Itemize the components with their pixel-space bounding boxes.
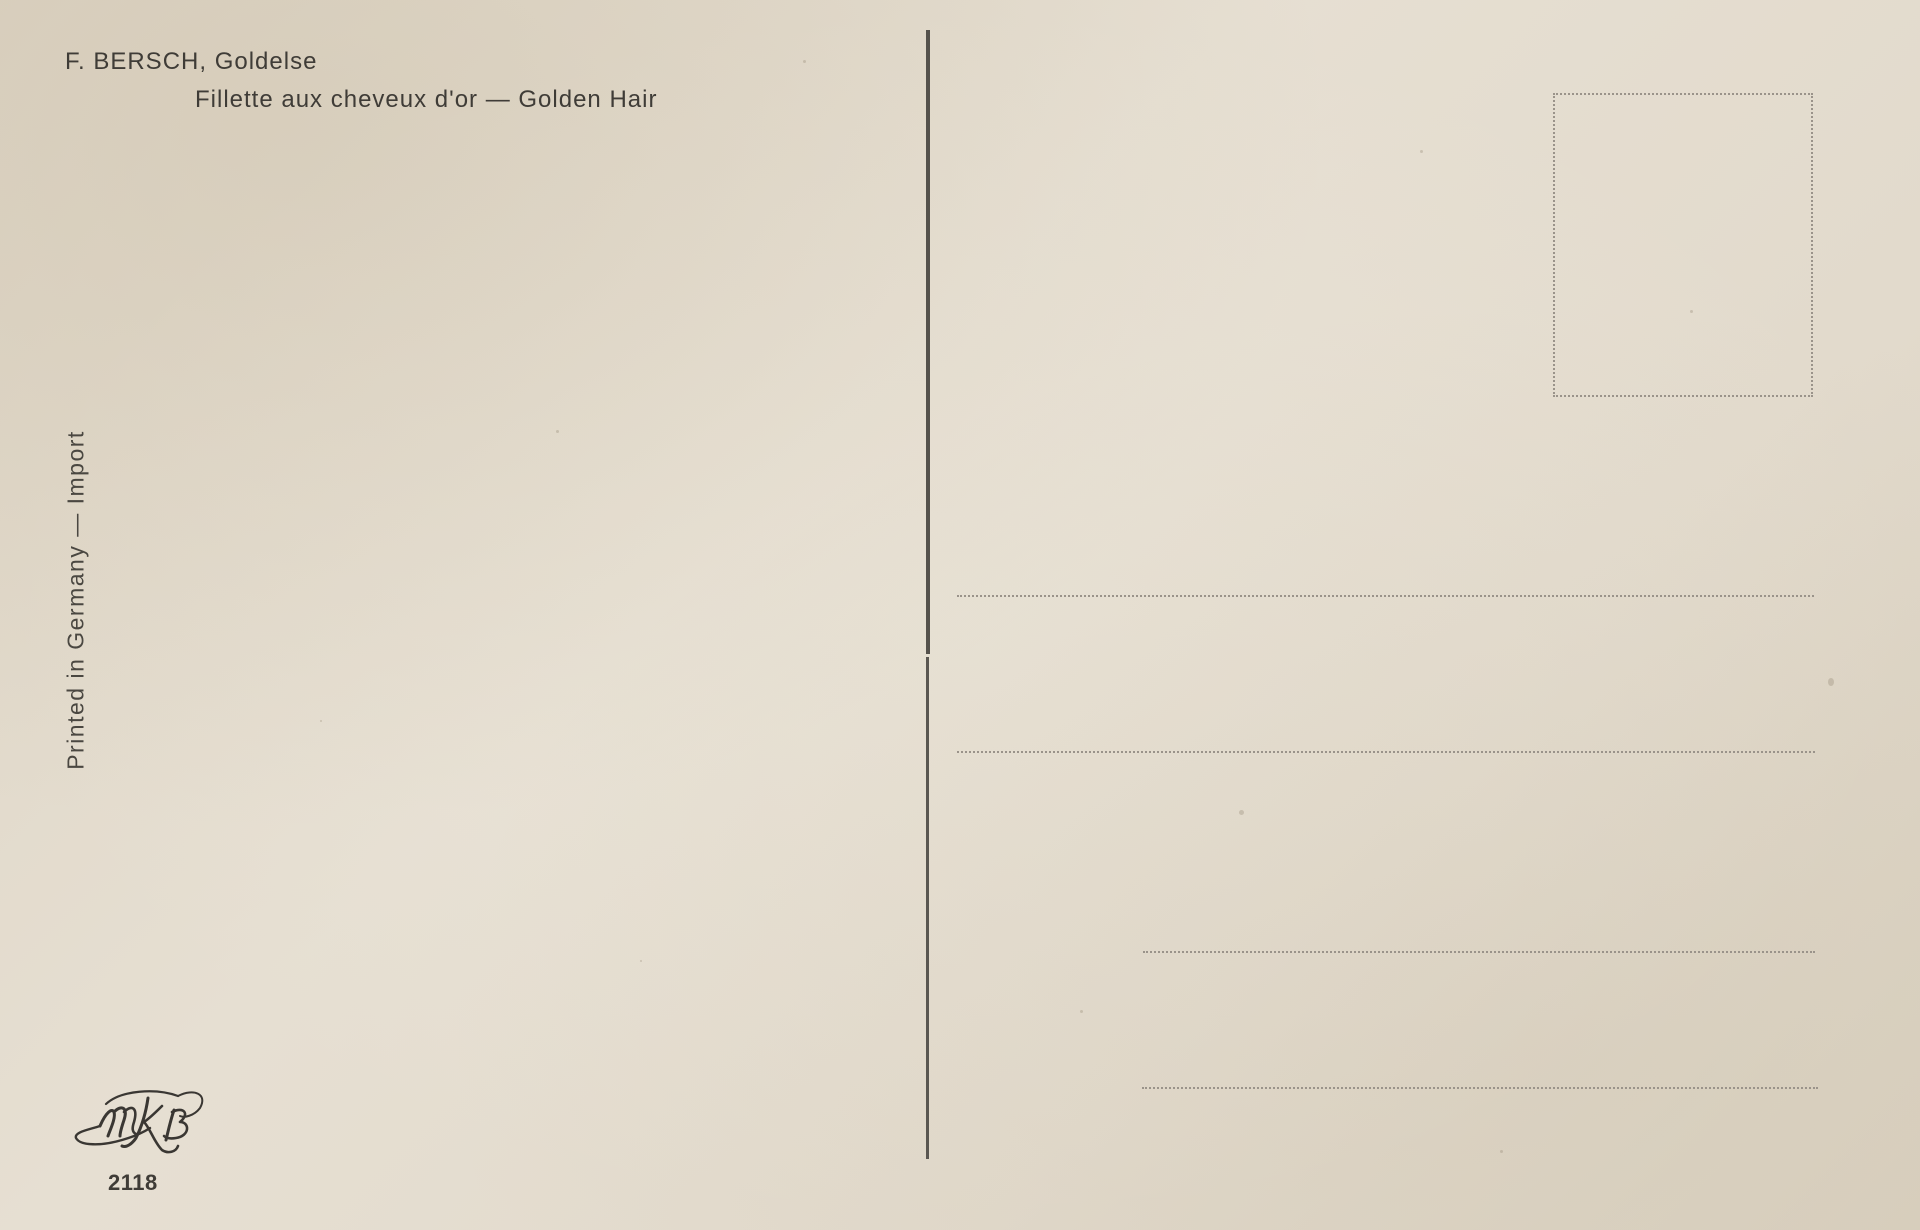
printed-in-germany-imprint: Printed in Germany — Import (63, 430, 90, 770)
center-divider-line (926, 30, 930, 654)
center-divider-line (926, 657, 929, 1159)
address-line-3 (1143, 951, 1815, 953)
address-line-4 (1142, 1087, 1818, 1089)
paper-speck (1080, 1010, 1083, 1013)
paper-speck (640, 960, 642, 962)
paper-speck (1828, 678, 1834, 686)
artwork-artist-title: F. BERSCH, Goldelse (65, 48, 317, 76)
card-number: 2118 (108, 1170, 158, 1196)
mkb-monogram-icon (66, 1082, 212, 1160)
paper-speck (803, 60, 806, 63)
paper-speck (320, 720, 322, 722)
paper-speck (1420, 150, 1423, 153)
stamp-placement-box (1553, 93, 1813, 397)
address-line-2 (957, 751, 1815, 753)
postcard-back: F. BERSCH, Goldelse Fillette aux cheveux… (0, 0, 1920, 1230)
artwork-subtitle: Fillette aux cheveux d'or — Golden Hair (195, 86, 657, 114)
paper-speck (556, 430, 559, 433)
address-line-1 (957, 595, 1814, 597)
paper-speck (1239, 810, 1244, 815)
paper-speck (1500, 1150, 1503, 1153)
